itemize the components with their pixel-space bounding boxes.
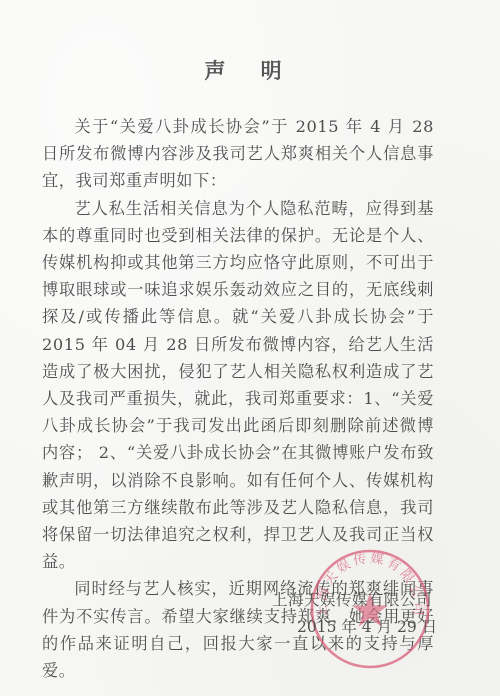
paragraph-privacy-demands: 艺人私生活相关信息为个人隐私范畴，应得到基本的尊重同时也受到相关法律的保护。无论…	[42, 195, 434, 576]
signature-date: 2015 年 4 月 29 日	[297, 615, 437, 637]
paragraph-intro: 关于“关爱八卦成长协会”于 2015 年 4 月 28 日所发布微博内容涉及我司…	[42, 113, 434, 195]
document-title: 声 明	[0, 55, 500, 85]
signature-company: 上海天娱传媒有限公司	[272, 588, 432, 610]
